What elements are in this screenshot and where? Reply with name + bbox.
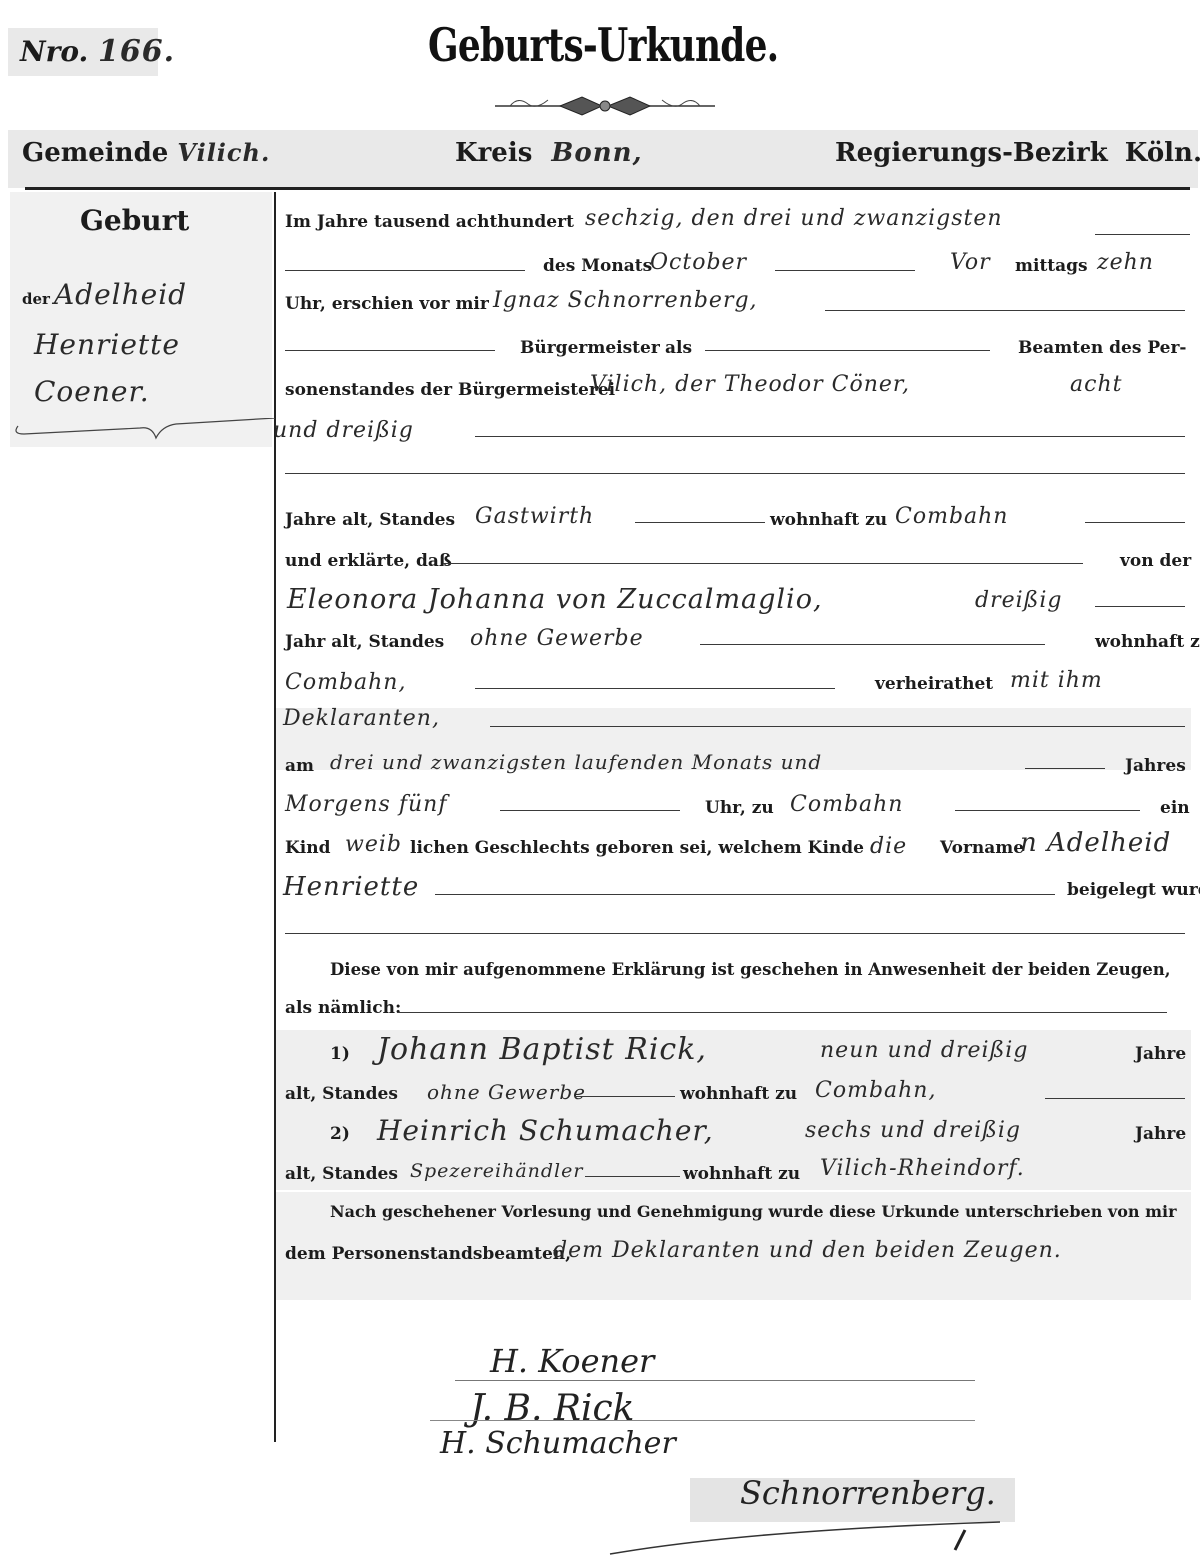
bezirk-value: Köln. [1125,138,1200,168]
kreis-value: Bonn, [551,138,642,168]
body-line-11: Combahn, verheirathet mit ihm [285,674,1188,704]
body-line-2: des Monats October Vor mittags zehn [285,256,1188,286]
body-line-5: sonenstandes der Bürgermeisterei Vilich,… [285,380,1188,410]
record-number-value: 166. [98,34,175,69]
margin-name-line2: Henriette [34,328,180,361]
margin-heading: Geburt [80,204,189,237]
witness-1-line-2: alt, Standes ohne Gewerbe wohnhaft zu Co… [285,1084,1188,1114]
document-title: Geburts-Urkunde. [428,18,778,72]
signature-rule-1 [455,1380,975,1381]
kreis-label: Kreis Bonn, [455,138,643,168]
body-line-1: Im Jahre tausend achthundert sechzig, de… [285,212,1188,242]
signature-flourish-icon [600,1510,1020,1558]
body-line-12: Deklaranten, [285,712,1188,742]
signature-koener: H. Koener [490,1342,654,1380]
body-line-15: Kind weib lichen Geschlechts geboren sei… [285,838,1188,868]
body-line-10: Jahr alt, Standes ohne Gewerbe wohnhaft … [285,632,1188,662]
margin-name-line1: Adelheid [54,278,187,311]
blank-rule [285,473,1185,474]
signature-schumacher: H. Schumacher [440,1426,676,1461]
body-line-8: und erklärte, daß von der [285,551,1188,581]
body-line-16: Henriette beigelegt wurde. [285,880,1188,910]
witness-2-line-1: 2) Heinrich Schumacher, sechs und dreißi… [285,1124,1188,1154]
margin-name-block: der Adelheid [22,278,187,311]
witness-als-naemlich: als nämlich: [285,998,1188,1028]
body-line-9: Eleonora Johanna von Zuccalmaglio, dreiß… [285,592,1188,622]
ornament-divider-icon [490,92,720,120]
bezirk-label: Regierungs-Bezirk Köln. [835,138,1200,168]
signature-rick: J. B. Rick [470,1388,634,1429]
witness-1-line-1: 1) Johann Baptist Rick, neun und dreißig… [285,1044,1188,1074]
margin-flourish-icon [10,418,275,448]
closing-line-1: Nach geschehener Vorlesung und Genehmigu… [330,1202,1188,1232]
witness-2-line-2: alt, Standes Spezereihändler wohnhaft zu… [285,1164,1188,1194]
body-line-14: Morgens fünf Uhr, zu Combahn ein [285,798,1188,828]
body-line-7: Jahre alt, Standes Gastwirth wohnhaft zu… [285,510,1188,540]
signature-schnorrenberg: Schnorrenberg. [740,1474,996,1512]
margin-prefix: der [22,290,50,308]
body-line-4: Bürgermeister als Beamten des Per- [285,338,1188,368]
witness-intro: Diese von mir aufgenommene Erklärung ist… [330,960,1188,990]
body-line-6: und dreißig [285,424,1188,454]
record-number-label: Nro. 166. [20,34,175,69]
gemeinde-label: Gemeinde Vilich. [22,138,270,168]
margin-name-line3: Coener. [34,375,150,408]
signature-rule-2 [430,1420,975,1421]
header-rule [25,187,1190,190]
closing-line-2: dem Personenstandsbeamten, dem Deklarant… [285,1244,1188,1274]
gemeinde-value: Vilich. [177,138,270,167]
body-line-13: am drei und zwanzigsten laufenden Monats… [285,756,1188,786]
body-line-3: Uhr, erschien vor mir Ignaz Schnorrenber… [285,294,1188,324]
blank-rule-2 [285,933,1185,934]
